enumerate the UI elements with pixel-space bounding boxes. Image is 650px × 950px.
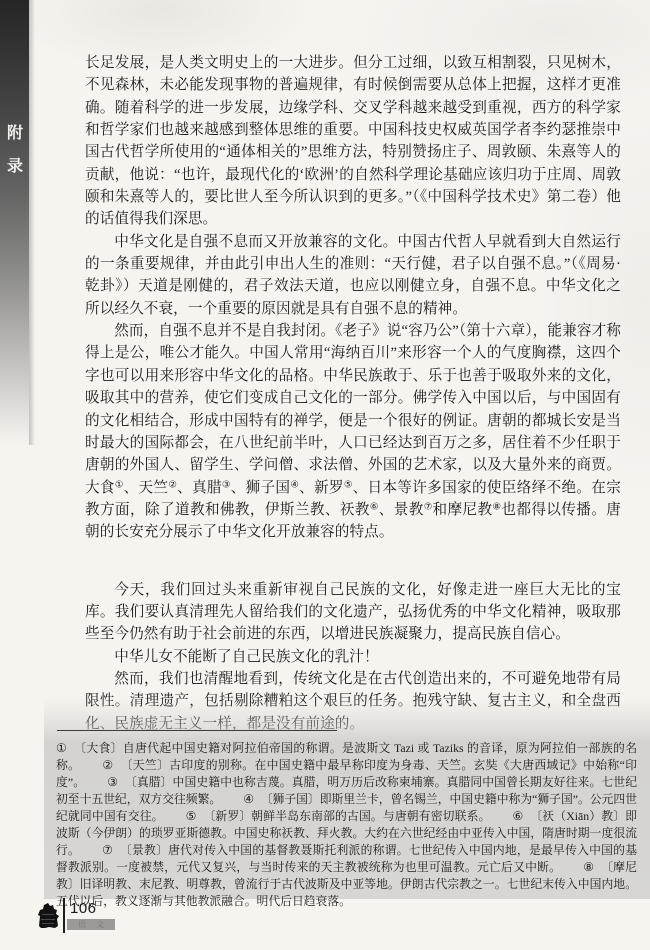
footnote-ref: ③ [222,480,231,490]
footnote-marker: ⑤ [186,809,198,823]
body-paragraph: 今天，我们回过头来重新审视自己民族的文化，好像走进一座巨大无比的宝库。我们要认真… [85,579,621,646]
appendix-tab: 附 录 [0,0,29,445]
textbook-page: 附 录 长足发展，是人类文明史上的一大进步。但分工过细，以致互相割裂，只见树木，… [0,0,650,950]
footnote-ref: ⑧ [493,502,502,512]
footnote-ref: ④ [290,480,299,490]
footnote-marker: ① [56,741,68,755]
appendix-tab-char-2: 录 [6,159,24,175]
footnote-ref: ⑦ [424,502,433,512]
footnote-item: ⑦ 〔景教〕唐代对传入中国的基督教聂斯托利派的称谓。七世纪传入中国内地，是最早传… [56,843,637,874]
footnote-ref: ② [168,480,177,490]
footnote-marker: ⑦ [102,843,114,857]
publisher-logo-icon [36,902,60,934]
footnote-item: ⑤ 〔新罗〕朝鲜半岛东南部的古国。与唐朝有密切联系。 [186,809,491,823]
body-paragraph: 中华儿女不能断了自己民族文化的乳汁！ [85,646,621,668]
footnote-ref: ⑤ [344,480,353,490]
body-paragraph: 然而，自强不息并不是自我封闭。《老子》说“容乃公”（第十六章），能兼容才称得上是… [85,320,621,543]
appendix-tab-char-1: 附 [6,126,24,142]
footnote-marker: ③ [107,775,119,789]
appendix-tab-label: 附 录 [6,126,24,192]
body-paragraph: 中华文化是自强不息而又开放兼容的文化。中国古代哲人早就看到大自然运行的一条重要规… [85,231,621,320]
subject-label-bar: 语 文 [67,919,115,930]
footnote-marker: ② [102,758,114,772]
footer-divider [63,898,65,933]
body-text: 长足发展，是人类文明史上的一大进步。但分工过细，以致互相割裂，只见树木，不见森林… [85,52,621,735]
footnote-marker: ⑥ [513,809,525,823]
footnote-marker: ④ [243,792,255,806]
footnote-separator [57,730,337,731]
footnote-ref: ⑥ [370,502,379,512]
footnote-marker: ⑧ [583,860,595,874]
footnote-ref: ① [115,480,124,490]
subject-label: 语 文 [78,920,108,929]
footnotes-block: ① 〔大食〕自唐代起中国史籍对阿拉伯帝国的称谓。是波斯文 Tazi 或 Tazi… [56,740,637,910]
body-paragraph: 长足发展，是人类文明史上的一大进步。但分工过细，以致互相割裂，只见树木，不见森林… [85,52,621,231]
page-number: 106 [70,900,97,917]
